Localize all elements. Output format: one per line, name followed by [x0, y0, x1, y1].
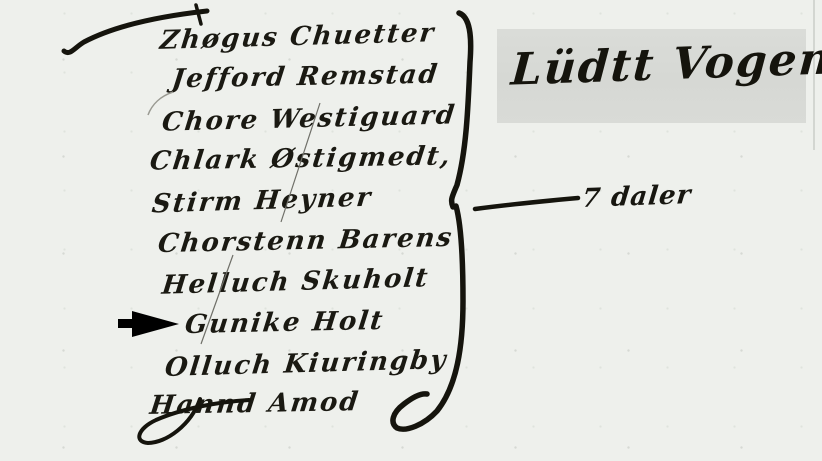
name-line-7: Helluch Skuholt: [160, 263, 431, 301]
name-line-3: Chore Westiguard: [160, 100, 458, 137]
tax-amount: 7 daler: [580, 180, 692, 214]
name-line-8-marked: Gunike Holt: [183, 306, 386, 340]
annotation-dash: [475, 198, 578, 209]
name-line-5: Stirm Heyner: [150, 182, 373, 219]
name-line-9: Olluch Kiuringby: [163, 345, 449, 383]
arrow-marker-icon: [118, 311, 179, 337]
arrow-tail: [118, 319, 136, 328]
flourish-cross-tick: [196, 5, 201, 24]
manuscript-page: Lüdtt Vogen Zhøgus Chuetter Jefford Rems…: [0, 0, 822, 461]
highlighted-region: Lüdtt Vogen: [497, 29, 806, 123]
district-heading: Lüdtt Vogen: [509, 33, 822, 95]
name-line-6: Chorstenn Barens: [156, 223, 455, 259]
name-line-2: Jefford Remstad: [170, 60, 440, 95]
name-line-10: Hannd Amod: [148, 387, 361, 421]
name-line-4: Chlark Østigmedt,: [148, 141, 453, 176]
name-line-1: Zhøgus Chuetter: [158, 18, 437, 56]
arrow-head: [132, 311, 179, 337]
